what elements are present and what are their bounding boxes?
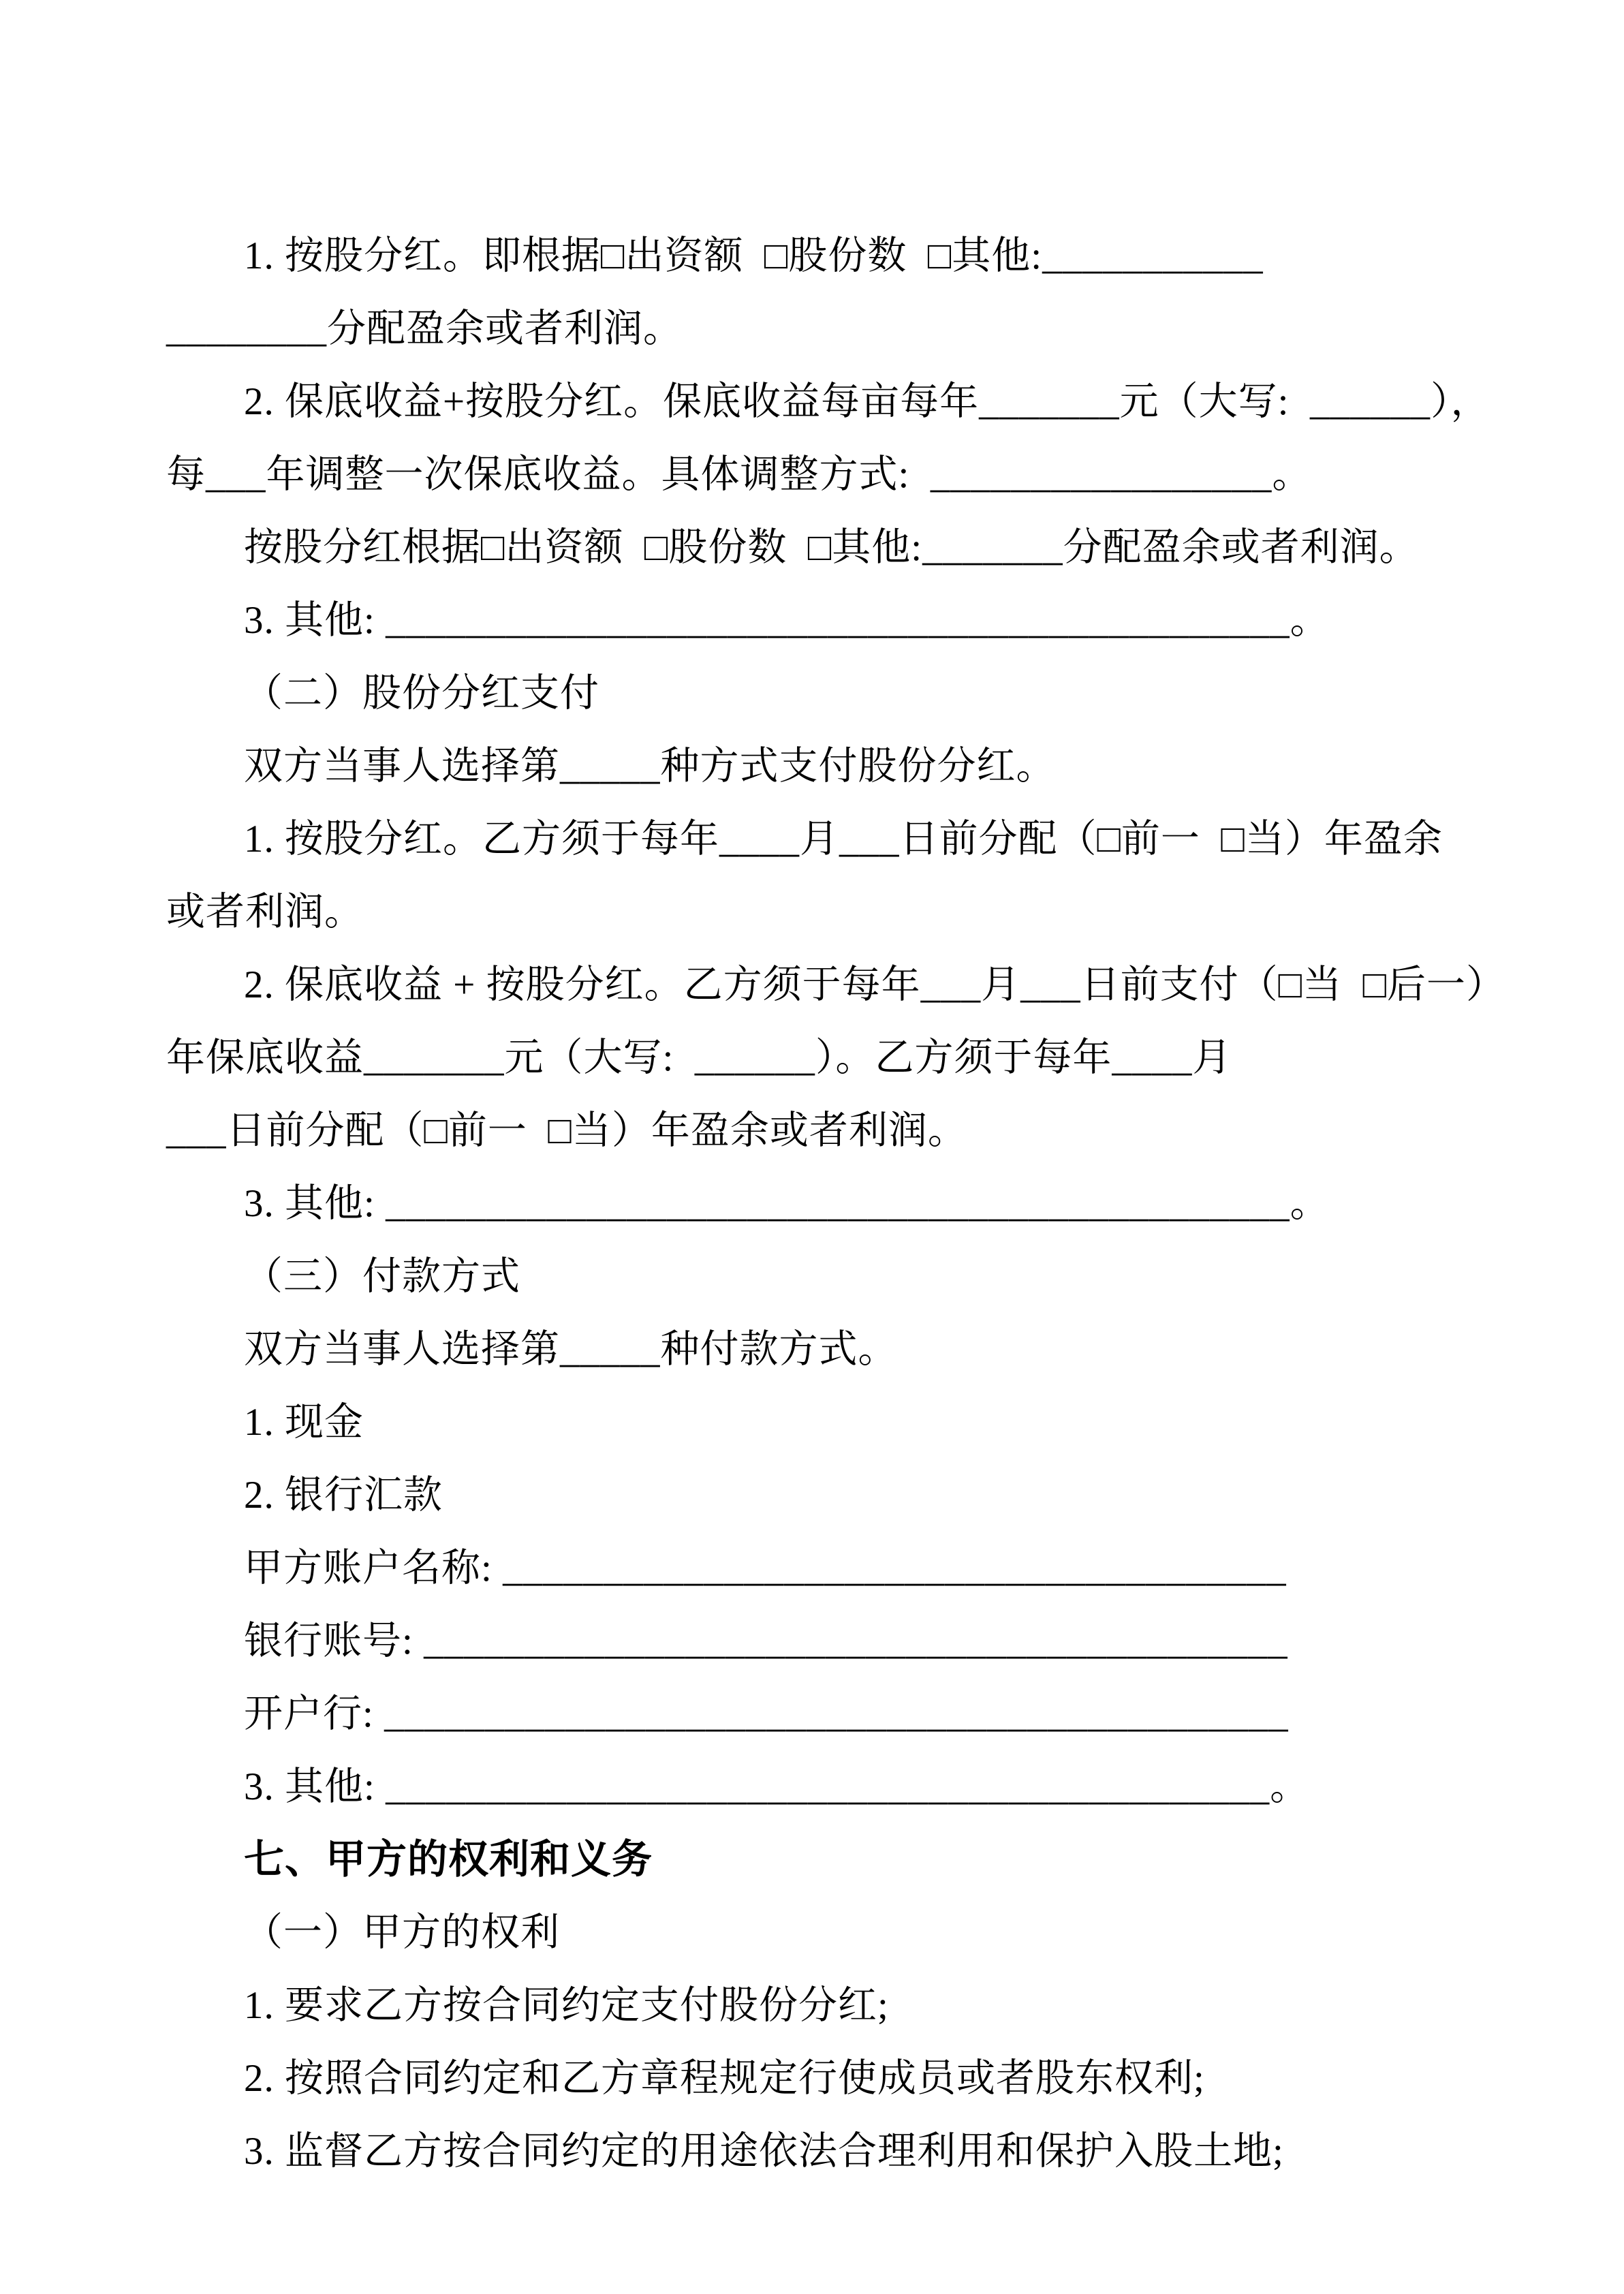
field-bank-branch: 开户行: ___________________________________…: [166, 1677, 1467, 1750]
clause-pay-guaranteed: 2. 保底收益 + 按股分红。乙方须于每年___月___日前支付（□当 □后一）: [166, 948, 1467, 1021]
clause-pay-guaranteed-cont2: ___日前分配（□前一 □当）年盈余或者利润。: [166, 1094, 1467, 1167]
clause-choose-payment-method: 双方当事人选择第_____种付款方式。: [166, 1313, 1467, 1386]
clause-pay-dividend-cont: 或者利润。: [166, 875, 1467, 948]
clause-other-1: 3. 其他: _________________________________…: [166, 584, 1467, 657]
clause-bank-transfer: 2. 银行汇款: [166, 1459, 1467, 1532]
document-page: 1. 按股分红。即根据□出资额 □股份数 □其他:_______________…: [0, 0, 1624, 2294]
clause-pay-guaranteed-cont1: 年保底收益_______元（大写: ______）。乙方须于每年____月: [166, 1021, 1467, 1094]
section-heading-dividend-payment: （二）股份分红支付: [166, 657, 1467, 730]
clause-other-2: 3. 其他: _________________________________…: [166, 1167, 1467, 1240]
section-7-heading: 七、甲方的权利和义务: [166, 1823, 1467, 1896]
clause-choose-dividend-method: 双方当事人选择第_____种方式支付股份分红。: [166, 730, 1467, 803]
right-exercise-member-rights: 2. 按照合同约定和乙方章程规定行使成员或者股东权利;: [166, 2042, 1467, 2115]
clause-dividend-by-share: 1. 按股分红。即根据□出资额 □股份数 □其他:___________: [166, 219, 1467, 292]
field-party-a-account-name: 甲方账户名称: ________________________________…: [166, 1532, 1467, 1605]
section-heading-payment-method: （三）付款方式: [166, 1240, 1467, 1313]
subsection-party-a-rights: （一）甲方的权利: [166, 1896, 1467, 1969]
clause-pay-dividend: 1. 按股分红。乙方须于每年____月___日前分配（□前一 □当）年盈余: [166, 803, 1467, 875]
field-bank-account-number: 银行账号: __________________________________…: [166, 1605, 1467, 1677]
clause-guaranteed-income-cont1: 每___年调整一次保底收益。具体调整方式: _________________。: [166, 438, 1467, 511]
right-supervise-land-use: 3. 监督乙方按合同约定的用途依法合理利用和保护入股土地;: [166, 2115, 1467, 2188]
document-body: 1. 按股分红。即根据□出资额 □股份数 □其他:_______________…: [166, 219, 1467, 2188]
clause-guaranteed-income-cont2: 按股分红根据□出资额 □股份数 □其他:_______分配盈余或者利润。: [166, 511, 1467, 584]
clause-cash: 1. 现金: [166, 1386, 1467, 1459]
clause-dividend-by-share-cont: ________分配盈余或者利润。: [166, 292, 1467, 365]
right-demand-dividend: 1. 要求乙方按合同约定支付股份分红;: [166, 1969, 1467, 2042]
clause-other-3: 3. 其他: _________________________________…: [166, 1750, 1467, 1823]
clause-guaranteed-income: 2. 保底收益+按股分红。保底收益每亩每年_______元（大写: ______…: [166, 365, 1467, 438]
